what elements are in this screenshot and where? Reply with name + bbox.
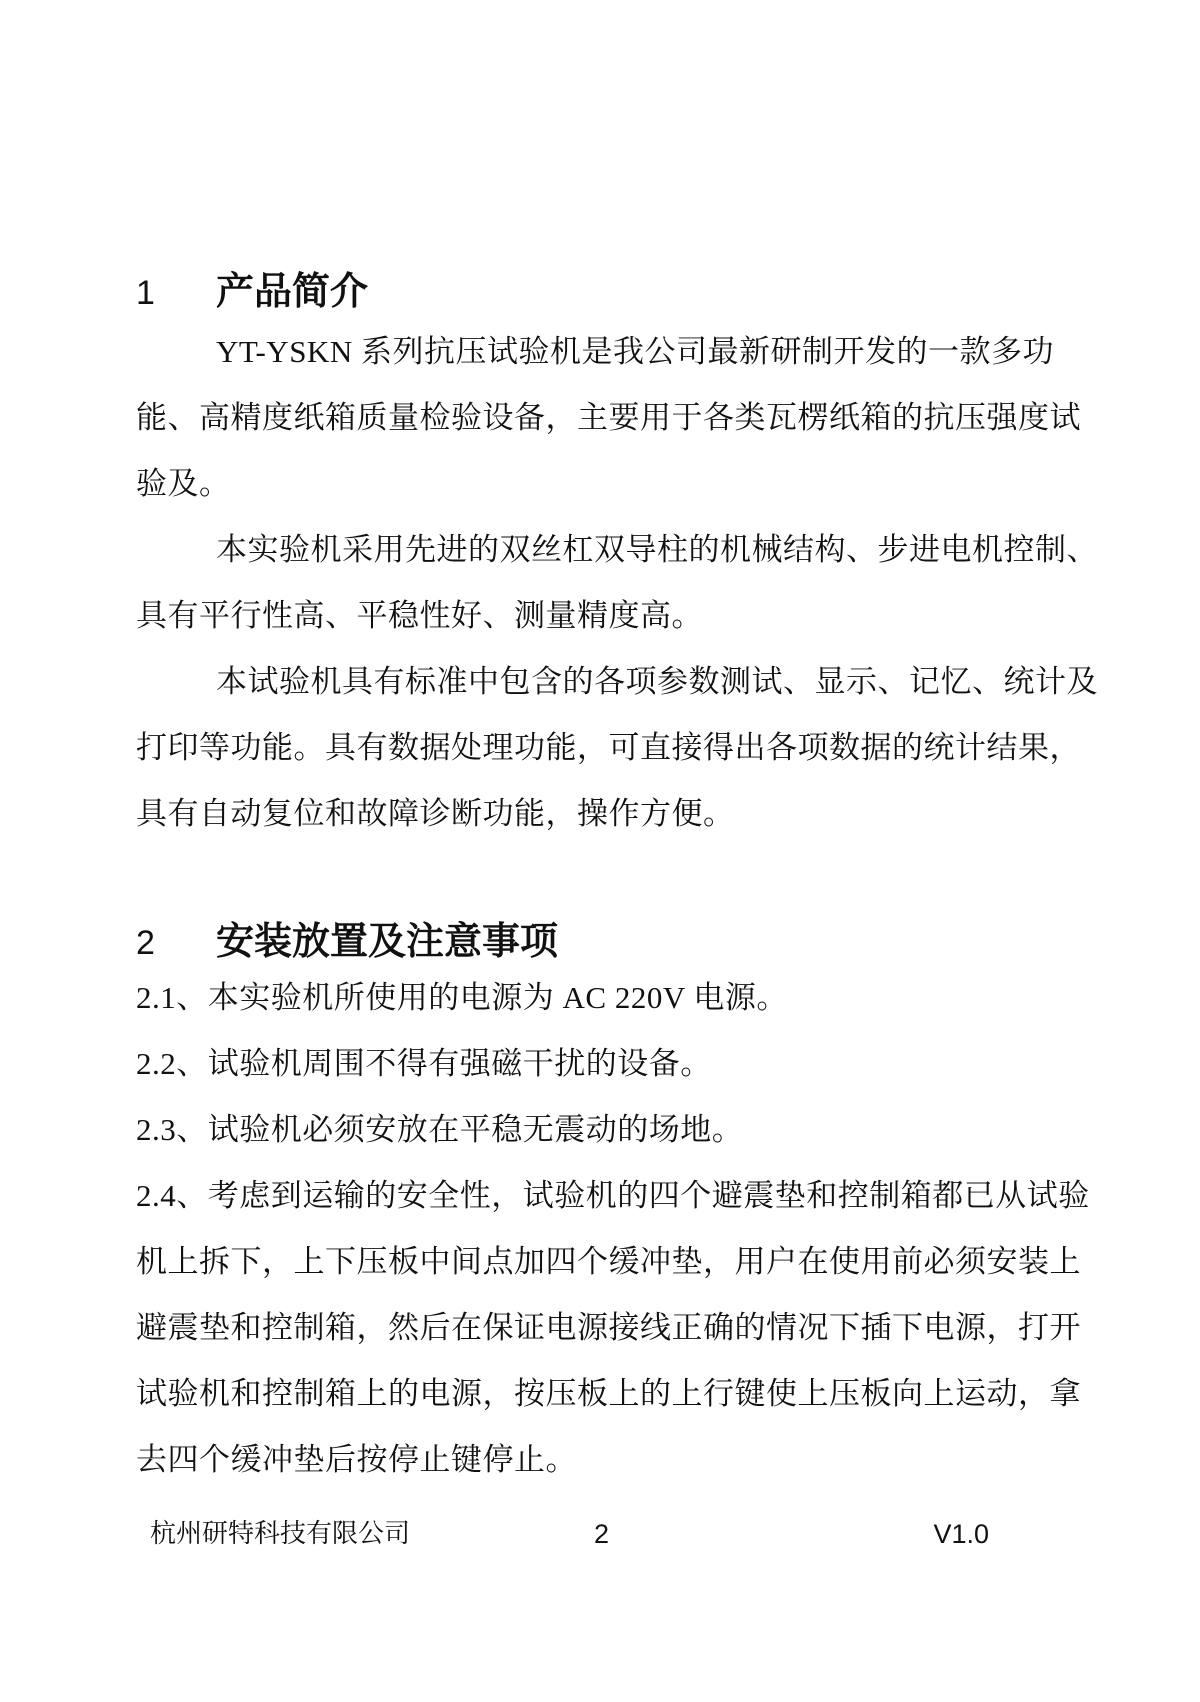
document-page: 1产品简介 YT-YSKN 系列抗压试验机是我公司最新研制开发的一款多功 能、高… bbox=[0, 0, 1200, 1702]
text-line: 本试验机具有标准中包含的各项参数测试、显示、记忆、统计及 bbox=[136, 649, 1067, 715]
section-1-title: 产品简介 bbox=[216, 271, 368, 313]
section-1-heading: 1产品简介 bbox=[136, 270, 1067, 315]
paragraph-intro: YT-YSKN 系列抗压试验机是我公司最新研制开发的一款多功 能、高精度纸箱质量… bbox=[136, 319, 1067, 517]
page-content: 1产品简介 YT-YSKN 系列抗压试验机是我公司最新研制开发的一款多功 能、高… bbox=[0, 0, 1200, 1493]
footer-version: V1.0 bbox=[933, 1514, 989, 1554]
page-footer: 杭州研特科技有限公司 2 V1.0 bbox=[136, 1514, 1067, 1554]
list-item-2-3: 2.3、试验机必须安放在平稳无震动的场地。 bbox=[136, 1097, 1067, 1163]
paragraph-functions: 本试验机具有标准中包含的各项参数测试、显示、记忆、统计及 打印等功能。具有数据处… bbox=[136, 649, 1067, 847]
paragraph-structure: 本实验机采用先进的双丝杠双导柱的机械结构、步进电机控制、 具有平行性高、平稳性好… bbox=[136, 517, 1067, 649]
text-line: 打印等功能。具有数据处理功能，可直接得出各项数据的统计结果， bbox=[136, 715, 1067, 781]
text-line: 2.3、试验机必须安放在平稳无震动的场地。 bbox=[136, 1097, 1067, 1163]
text-line: 本实验机采用先进的双丝杠双导柱的机械结构、步进电机控制、 bbox=[136, 517, 1067, 583]
section-2-title: 安装放置及注意事项 bbox=[216, 921, 558, 963]
list-item-2-4: 2.4、考虑到运输的安全性，试验机的四个避震垫和控制箱都已从试验 机上拆下，上下… bbox=[136, 1163, 1067, 1493]
text-line: 机上拆下，上下压板中间点加四个缓冲垫，用户在使用前必须安装上 bbox=[136, 1229, 1067, 1295]
text-line: YT-YSKN 系列抗压试验机是我公司最新研制开发的一款多功 bbox=[136, 319, 1067, 385]
text-line: 验及。 bbox=[136, 451, 1067, 517]
section-1-number: 1 bbox=[136, 271, 216, 315]
notes-list: 2.1、本实验机所使用的电源为 AC 220V 电源。 2.2、试验机周围不得有… bbox=[136, 965, 1067, 1493]
list-item-2-1: 2.1、本实验机所使用的电源为 AC 220V 电源。 bbox=[136, 965, 1067, 1031]
text-line: 具有平行性高、平稳性好、测量精度高。 bbox=[136, 583, 1067, 649]
list-item-2-2: 2.2、试验机周围不得有强磁干扰的设备。 bbox=[136, 1031, 1067, 1097]
text-line: 避震垫和控制箱，然后在保证电源接线正确的情况下插下电源，打开 bbox=[136, 1295, 1067, 1361]
section-2-heading: 2安装放置及注意事项 bbox=[136, 920, 1067, 965]
section-2-number: 2 bbox=[136, 921, 216, 965]
text-line: 2.2、试验机周围不得有强磁干扰的设备。 bbox=[136, 1031, 1067, 1097]
text-line: 能、高精度纸箱质量检验设备，主要用于各类瓦楞纸箱的抗压强度试 bbox=[136, 385, 1067, 451]
text-line: 去四个缓冲垫后按停止键停止。 bbox=[136, 1427, 1067, 1493]
text-line: 具有自动复位和故障诊断功能，操作方便。 bbox=[136, 781, 1067, 847]
text-line: 2.1、本实验机所使用的电源为 AC 220V 电源。 bbox=[136, 965, 1067, 1031]
footer-page-number: 2 bbox=[136, 1514, 1067, 1554]
text-line: 2.4、考虑到运输的安全性，试验机的四个避震垫和控制箱都已从试验 bbox=[136, 1163, 1067, 1229]
text-line: 试验机和控制箱上的电源，按压板上的上行键使上压板向上运动，拿 bbox=[136, 1361, 1067, 1427]
